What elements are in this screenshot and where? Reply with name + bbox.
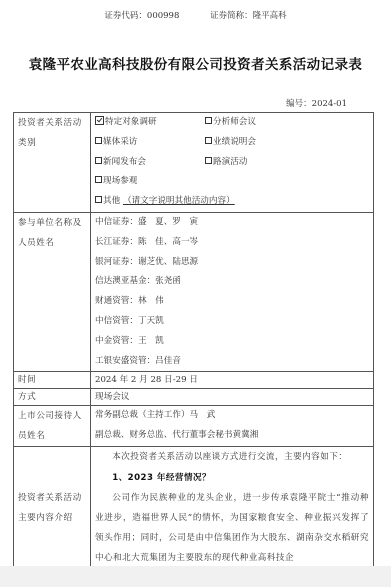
document-page: 证券代码：000998 证券简称：隆平高科 袁隆平农业高科技股份有限公司投资者关… [0,0,391,566]
receptionist-entry: 副总裁、财务总监、代行董事会秘书黄冀湘 [95,426,369,446]
participant-entry: 长江证券：陈 佳、高一岑 [95,233,369,253]
row-receptionists: 上市公司接待人 员姓名 常务副总裁（主持工作）马 武 副总裁、财务总监、代行董事… [14,406,374,447]
option-site-visit[interactable]: 现场参观 [95,172,205,192]
option-label: 新闻发布会 [103,157,146,167]
participant-entry: 财通资管：林 伟 [95,292,369,312]
option-earnings-briefing[interactable]: 业绩说明会 [205,133,256,153]
option-other[interactable]: 其他 （请文字说明其他活动内容） [95,192,235,212]
investor-relations-record-table: 投资者关系活动 类别 特定对象调研 分析师会议 媒体采访 业绩说明会 新闻发布会… [13,112,374,570]
option-roadshow[interactable]: 路演活动 [205,153,247,173]
option-label: 特定对象调研 [105,117,157,127]
label-method: 方式 [14,389,91,406]
row-time: 时间 2024 年 2 月 28 日-29 日 [14,372,374,389]
document-number: 编号：2024-01 [286,97,347,109]
label-line: 人员姓名 [18,233,86,253]
stock-info-line: 证券代码：000998 证券简称：隆平高科 [0,9,391,21]
checkbox-icon[interactable] [205,157,212,164]
participant-entry: 银河证券：谢芝优、陆思源 [95,253,369,273]
other-activity-note: （请文字说明其他活动内容） [123,196,235,206]
option-press-conference[interactable]: 新闻发布会 [95,153,205,173]
checkbox-icon[interactable] [95,137,102,144]
checkbox-icon[interactable] [205,117,212,124]
label-line: 主要内容介绍 [18,508,86,528]
label-line: 投资者关系活动 [18,488,86,508]
label-line: 员姓名 [18,426,86,446]
content-intro: 本次投资者关系活动以座谈方式进行交流，主要内容如下： [95,447,369,467]
option-label: 路演活动 [213,157,247,167]
row-main-content: 投资者关系活动 主要内容介绍 本次投资者关系活动以座谈方式进行交流，主要内容如下… [14,447,374,569]
option-label: 分析师会议 [213,117,256,127]
label-line: 上市公司接待人 [18,406,86,426]
checkbox-icon[interactable] [205,137,212,144]
receptionist-entry: 常务副总裁（主持工作）马 武 [95,406,369,426]
checked-box-icon[interactable] [95,116,104,125]
label-time: 时间 [14,372,91,389]
method-value: 现场会议 [91,389,374,406]
option-media-interview[interactable]: 媒体采访 [95,133,205,153]
participant-entry: 工银安盛资管：吕佳音 [95,352,369,372]
checkbox-icon[interactable] [95,196,102,203]
row-participants: 参与单位名称及 人员姓名 中信证券：盛 夏、罗 寅 长江证券：陈 佳、高一岑 银… [14,212,374,371]
participant-entry: 中信资管：丁天凯 [95,312,369,332]
checkbox-icon[interactable] [95,157,102,164]
label-main-content: 投资者关系活动 主要内容介绍 [14,447,91,569]
label-activity-type: 投资者关系活动 类别 [14,113,91,213]
option-analyst-meeting[interactable]: 分析师会议 [205,113,256,133]
label-receptionists: 上市公司接待人 员姓名 [14,406,91,447]
participant-entry: 中金资管：王 凯 [95,332,369,352]
option-label: 媒体采访 [103,137,137,147]
row-activity-type: 投资者关系活动 类别 特定对象调研 分析师会议 媒体采访 业绩说明会 新闻发布会… [14,113,374,213]
row-method: 方式 现场会议 [14,389,374,406]
page-bottom-margin [0,566,391,587]
main-content-body: 本次投资者关系活动以座谈方式进行交流，主要内容如下： 1、2023 年经营情况？… [91,447,374,569]
label-line: 参与单位名称及 [18,213,86,233]
option-label: 其他 [103,196,120,206]
participant-entry: 信达澳亚基金：张尧函 [95,272,369,292]
participants-list: 中信证券：盛 夏、罗 寅 长江证券：陈 佳、高一岑 银河证券：谢芝优、陆思源 信… [91,212,374,371]
label-participants: 参与单位名称及 人员姓名 [14,212,91,371]
option-label: 现场参观 [103,176,137,186]
document-title: 袁隆平农业高科技股份有限公司投资者关系活动记录表 [0,53,391,73]
option-specific-research[interactable]: 特定对象调研 [95,113,205,133]
stock-code: 证券代码：000998 [104,11,179,21]
checkbox-icon[interactable] [95,176,102,183]
activity-type-options: 特定对象调研 分析师会议 媒体采访 业绩说明会 新闻发布会 路演活动 现场参观 … [91,113,374,213]
receptionists-list: 常务副总裁（主持工作）马 武 副总裁、财务总监、代行董事会秘书黄冀湘 [91,406,374,447]
label-line: 投资者关系活动 [18,113,86,133]
participant-entry: 中信证券：盛 夏、罗 寅 [95,213,369,233]
time-value: 2024 年 2 月 28 日-29 日 [91,372,374,389]
content-question-1: 1、2023 年经营情况？ [95,468,369,488]
option-label: 业绩说明会 [213,137,256,147]
label-line: 类别 [18,133,86,153]
content-answer-1: 公司作为民族种业的龙头企业，进一步传承袁隆平院士“推动种业进步，造福世界人民”的… [95,488,369,569]
stock-name: 证券简称：隆平高科 [210,11,287,21]
